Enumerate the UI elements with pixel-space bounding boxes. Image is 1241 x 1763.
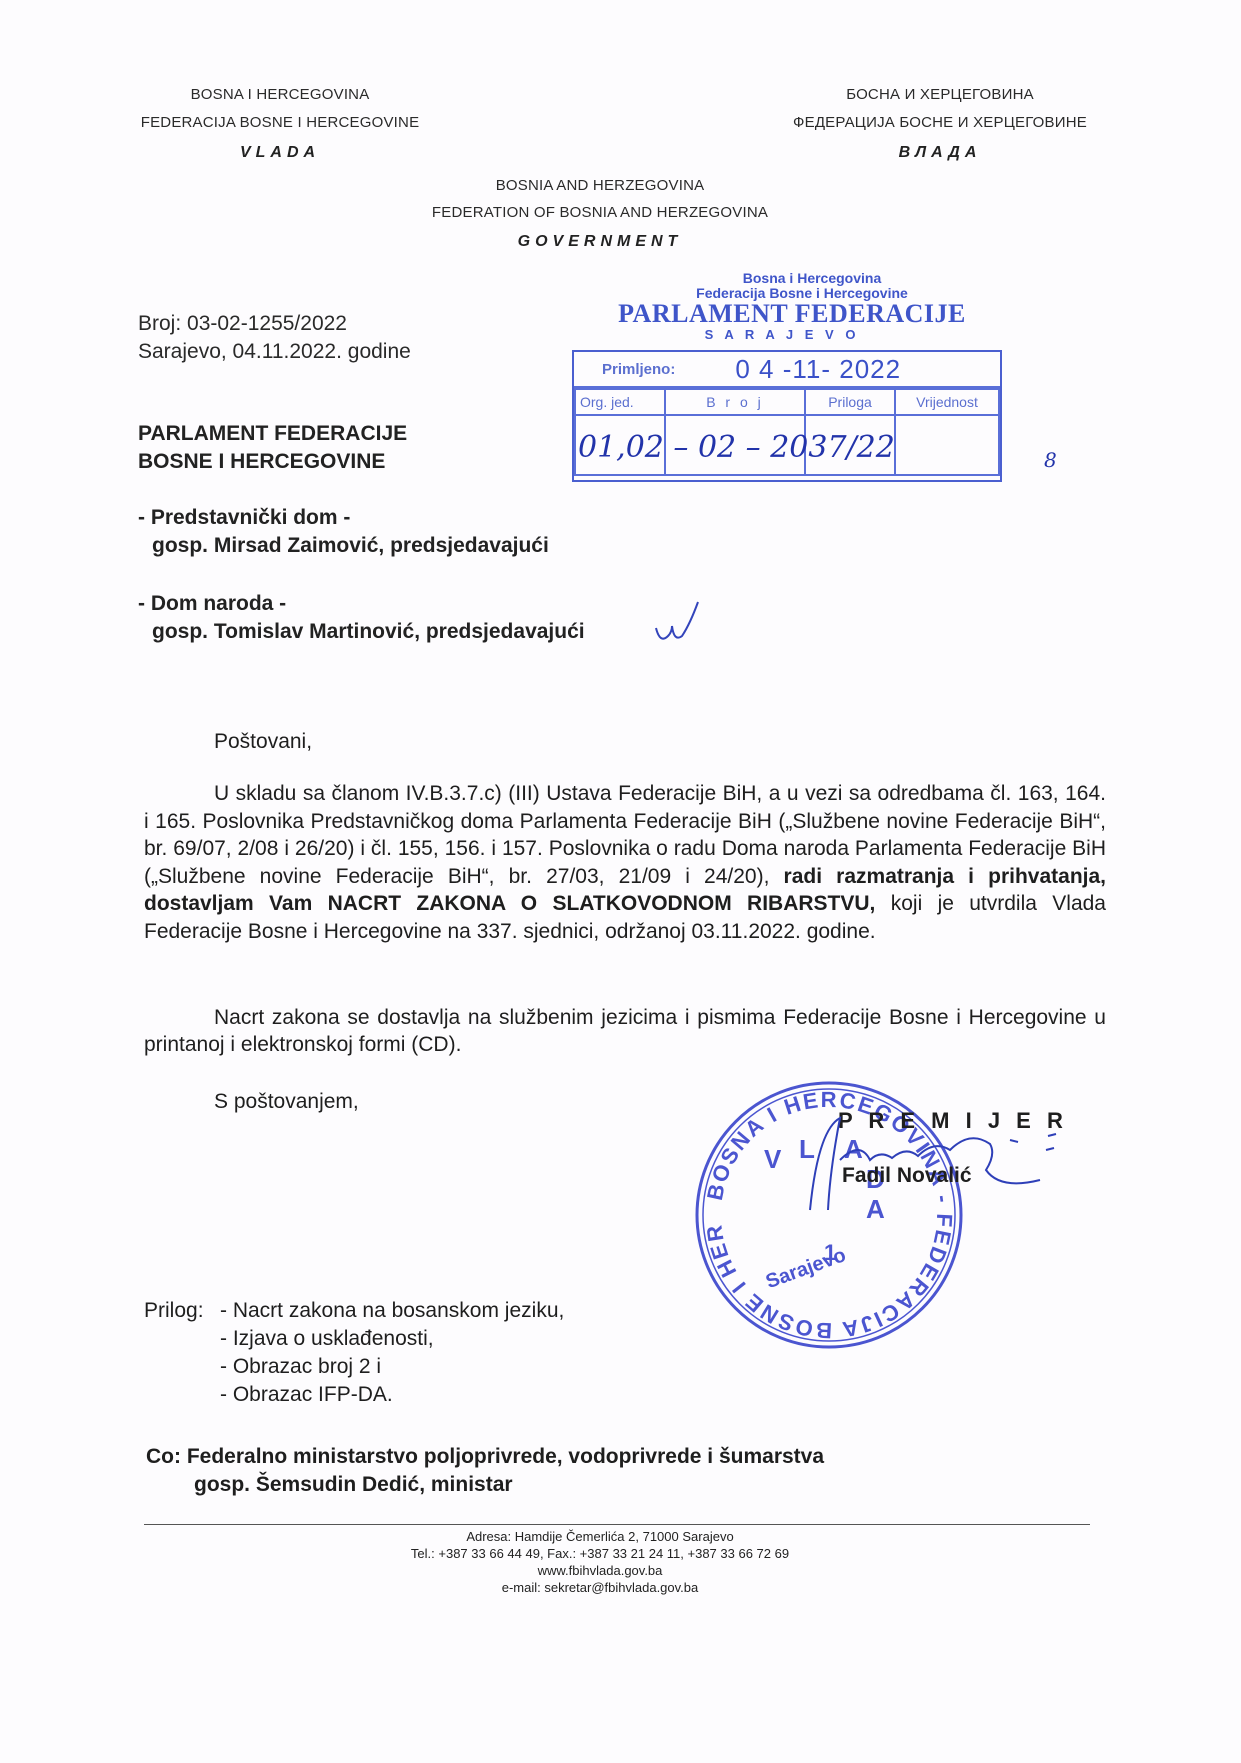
recipient-2-person: gosp. Tomislav Martinović, predsjedavaju… [152,618,585,646]
recipient-1-house: - Predstavnički dom - [138,504,350,532]
letterhead-right-title: ВЛАДА [790,144,1090,162]
letterhead-center-line2: FEDERATION OF BOSNIA AND HERZEGOVINA [420,204,780,221]
letterhead-center-line1: BOSNIA AND HERZEGOVINA [440,177,760,194]
attachments-item-1: - Nacrt zakona na bosanskom jeziku, [220,1297,564,1325]
cc-label: Co: [146,1445,181,1468]
recipient-1-person: gosp. Mirsad Zaimović, predsjedavajući [152,532,549,560]
attachments-label: Prilog: [144,1297,204,1325]
stamp-line3: PARLAMENT FEDERACIJE [592,301,992,327]
salutation: Poštovani, [214,728,312,756]
stamp-col-broj: B r o j [665,389,805,415]
footer-phones: Tel.: +387 33 66 44 49, Fax.: +387 33 21… [330,1546,870,1562]
attachments-item-2: - Izjava o usklađenosti, [220,1325,434,1353]
checkmark-initials-icon [652,598,702,648]
svg-text:V: V [764,1144,782,1174]
handwritten-margin-mark: 8 [1044,448,1057,472]
footer-divider [144,1524,1090,1525]
handwritten-signature-icon [800,1110,1090,1220]
recipient-2-name: Tomislav Martinović [214,620,414,643]
handwritten-registration-number: 01,02 – 02 – 2037/22 [578,430,895,465]
stamp-line1: Bosna i Hercegovina [632,270,992,286]
svg-text:Sarajevo: Sarajevo [763,1244,849,1293]
letterhead-right-line1: БОСНА И ХЕРЦЕГОВИНА [790,86,1090,103]
attachments-item-3: - Obrazac broj 2 i [220,1353,381,1381]
received-date: 0 4 -11- 2022 [735,354,901,385]
letterhead-right-line2: ФЕДЕРАЦИЈА БОСНЕ И ХЕРЦЕГОВИНЕ [760,114,1120,131]
letterhead-left-line1: BOSNA I HERCEGOVINA [130,86,430,103]
stamp-col-priloga: Priloga [805,389,895,415]
footer-email[interactable]: e-mail: sekretar@fbihvlada.gov.ba [330,1580,870,1596]
closing: S poštovanjem, [214,1090,359,1114]
footer-address: Adresa: Hamdije Čemerlića 2, 71000 Saraj… [330,1529,870,1545]
recipient-2-suffix: , predsjedavajući [414,620,584,643]
cc-ministry: Federalno ministarstvo poljoprivrede, vo… [187,1445,824,1468]
addressee-line1: PARLAMENT FEDERACIJE [138,420,407,448]
letterhead-left-title: VLADA [130,144,430,162]
recipient-2-prefix: gosp. [152,620,214,643]
reference-number: Broj: 03-02-1255/2022 [138,310,347,338]
recipient-2-house: - Dom naroda - [138,590,286,618]
attachments-item-4: - Obrazac IFP-DA. [220,1381,393,1409]
cc-line2: gosp. Šemsudin Dedić, ministar [194,1471,513,1499]
addressee-line2: BOSNE I HERCEGOVINE [138,448,385,476]
reference-place-date: Sarajevo, 04.11.2022. godine [138,338,411,366]
stamp-col-vrijednost: Vrijednost [895,389,999,415]
stamp-line4: S A R A J E V O [572,327,992,343]
recipient-1-name: Mirsad Zaimović [214,534,379,557]
letterhead-center-title: GOVERNMENT [440,233,760,251]
body-paragraph-1: U skladu sa članom IV.B.3.7.c) (III) Ust… [144,780,1106,945]
letterhead-left-line2: FEDERACIJA BOSNE I HERCEGOVINE [110,114,450,131]
cc-line1: Co: Federalno ministarstvo poljoprivrede… [146,1443,824,1471]
stamp-col-org: Org. jed. [575,389,665,415]
body-paragraph-2: Nacrt zakona se dostavlja na službenim j… [144,1004,1106,1058]
received-label: Primljeno: [602,361,675,378]
received-stamp: Bosna i Hercegovina Federacija Bosne i H… [572,270,992,343]
recipient-1-prefix: gosp. [152,534,214,557]
recipient-1-suffix: , predsjedavajući [378,534,548,557]
footer-website[interactable]: www.fbihvlada.gov.ba [330,1563,870,1579]
